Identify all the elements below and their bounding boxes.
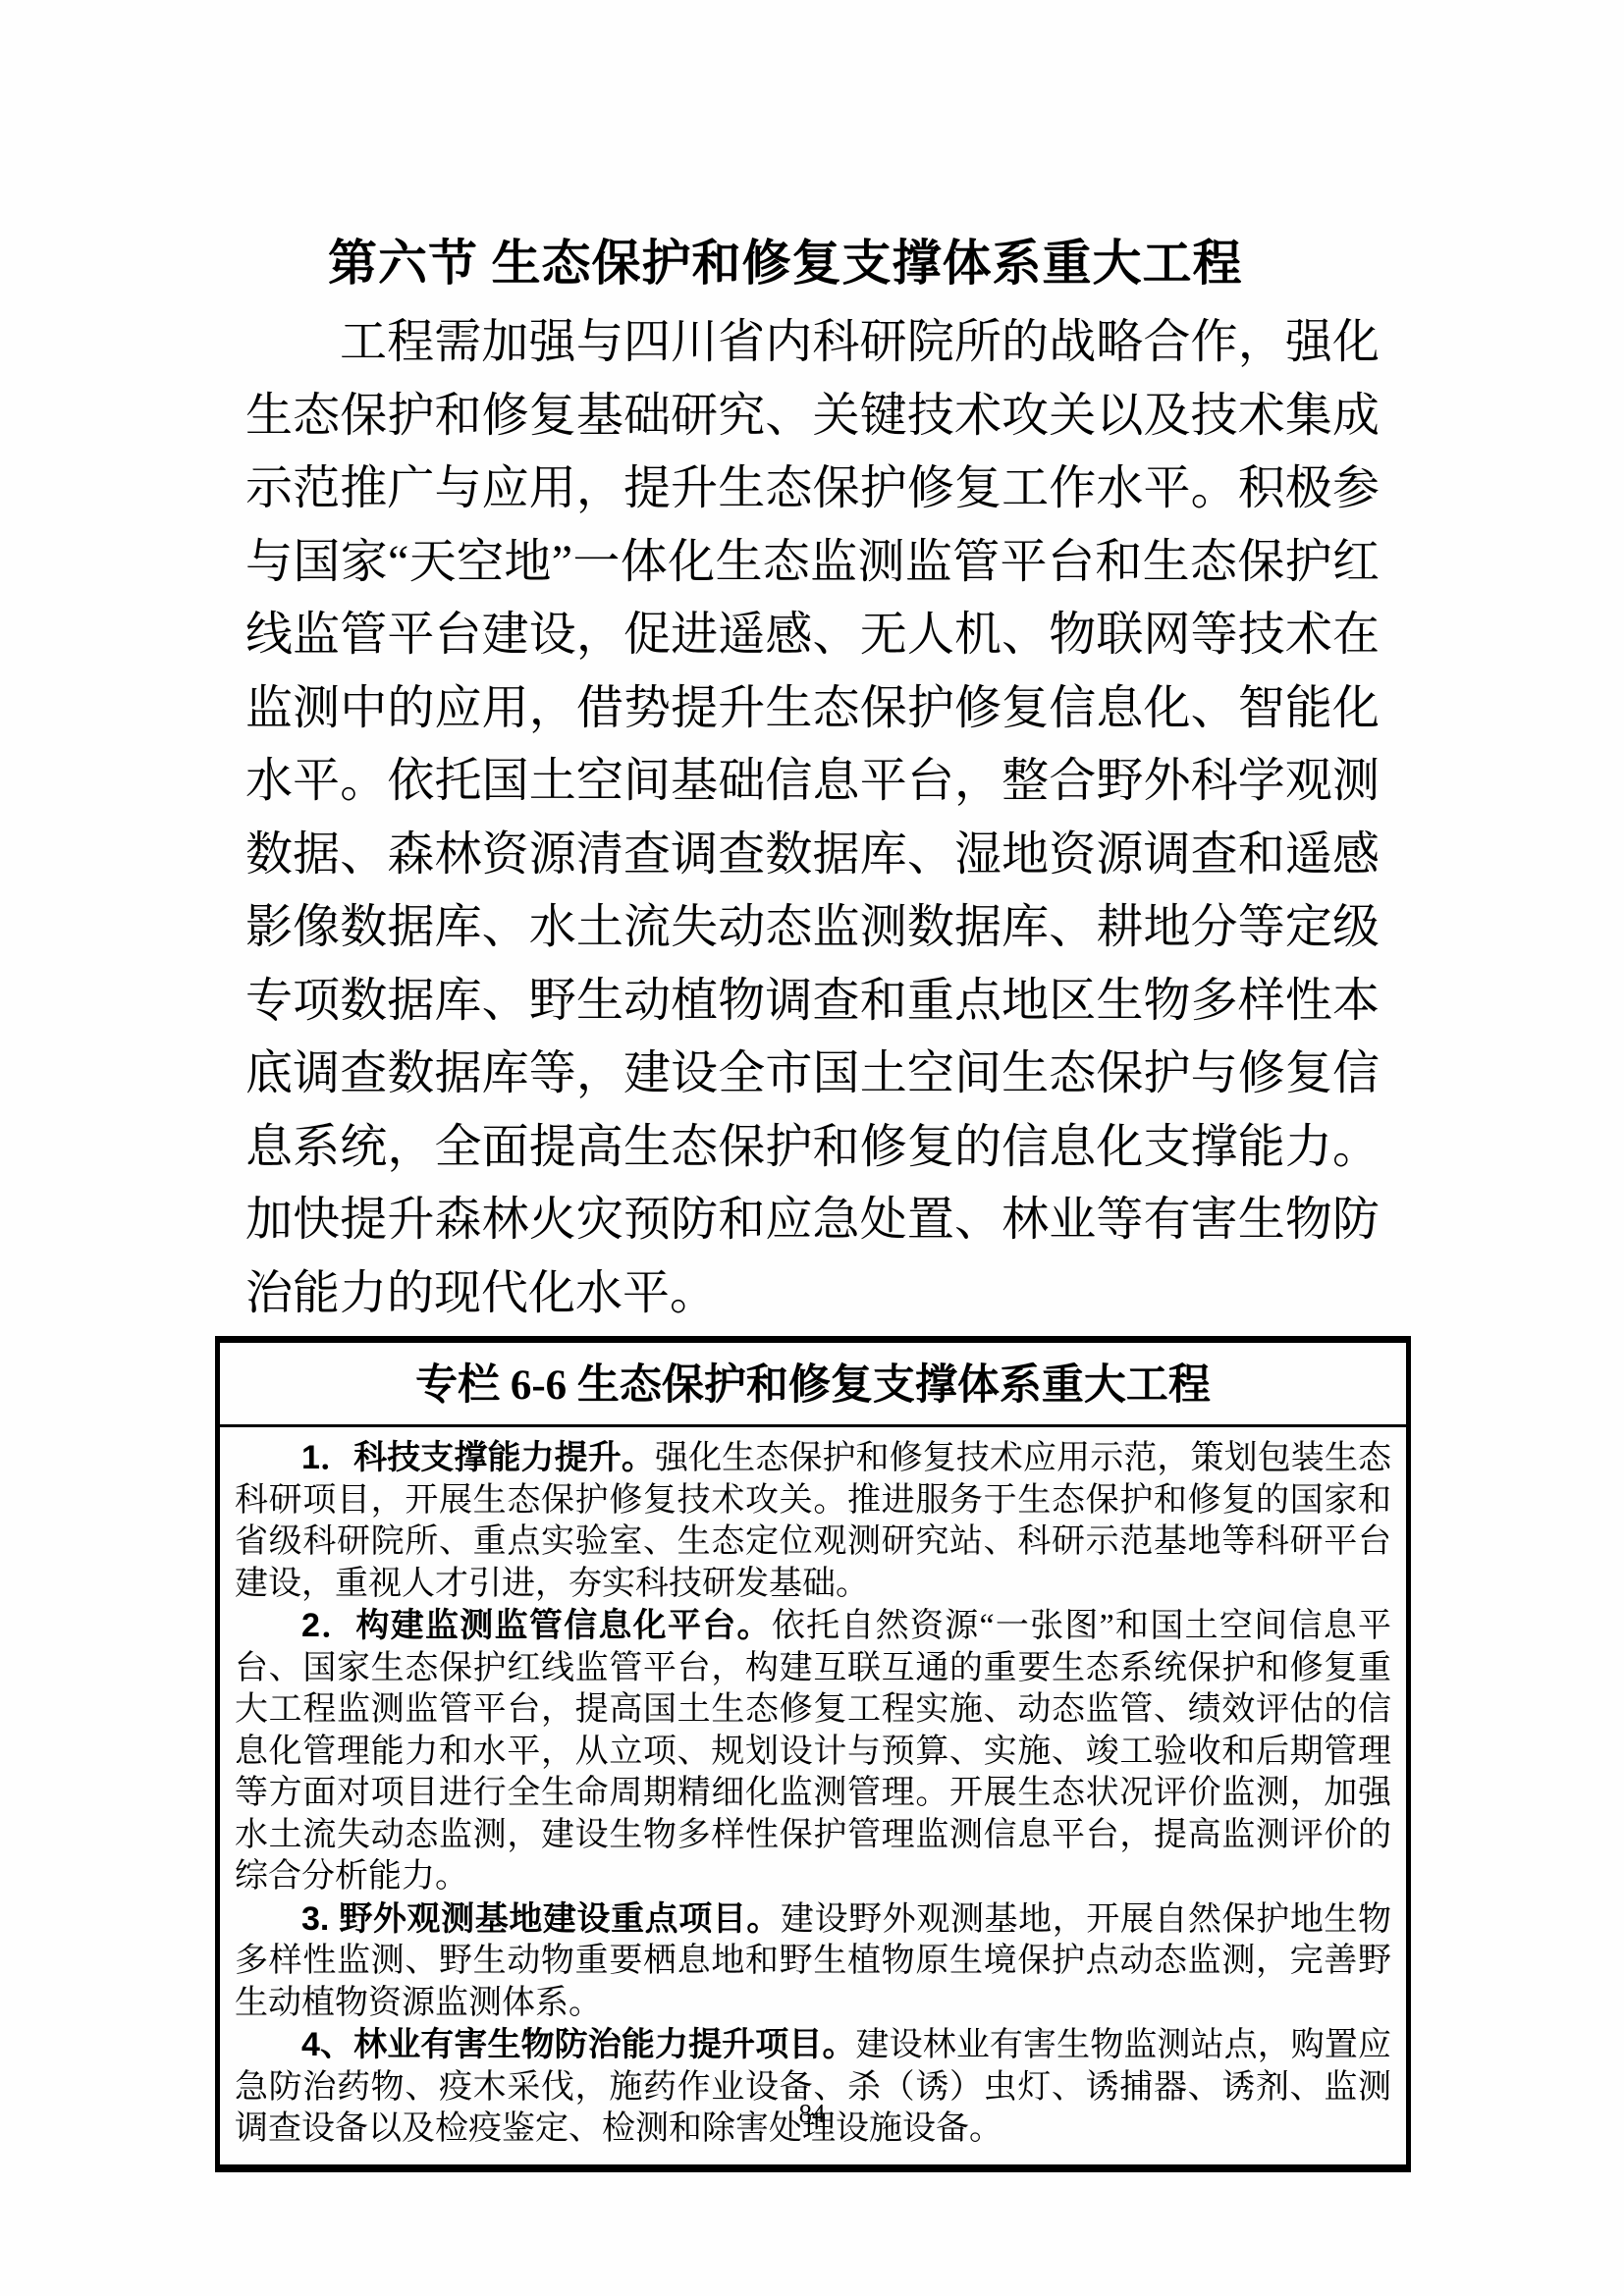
panel-item-1-label: 1．科技支撑能力提升。 xyxy=(301,1439,655,1476)
panel-item-4: 4、林业有害生物防治能力提升项目。建设林业有害生物监测站点，购置应急防治药物、疫… xyxy=(235,2024,1391,2151)
panel-item-2: 2．构建监测监管信息化平台。依托自然资源“一张图”和国土空间信息平台、国家生态保… xyxy=(235,1605,1391,1898)
body-paragraph: 工程需加强与四川省内科研院所的战略合作，强化生态保护和修复基础研究、关键技术攻关… xyxy=(245,306,1380,1330)
panel-item-2-label: 2．构建监测监管信息化平台。 xyxy=(301,1607,772,1644)
page-number: 84 xyxy=(0,2099,1624,2128)
panel-item-3-label: 3. 野外观测基地建设重点项目。 xyxy=(301,1900,781,1938)
highlight-box-body: 1．科技支撑能力提升。强化生态保护和修复技术应用示范，策划包装生态科研项目，开展… xyxy=(220,1427,1406,2164)
highlight-box-title: 专栏 6-6 生态保护和修复支撑体系重大工程 xyxy=(220,1343,1406,1427)
text-column: 第六节 生态保护和修复支撑体系重大工程 工程需加强与四川省内科研院所的战略合作，… xyxy=(245,234,1380,2172)
panel-item-1: 1．科技支撑能力提升。强化生态保护和修复技术应用示范，策划包装生态科研项目，开展… xyxy=(235,1437,1391,1605)
panel-item-2-text: 依托自然资源“一张图”和国土空间信息平台、国家生态保护红线监管平台，构建互联互通… xyxy=(235,1608,1391,1895)
panel-item-4-label: 4、林业有害生物防治能力提升项目。 xyxy=(301,2026,856,2063)
highlight-box: 专栏 6-6 生态保护和修复支撑体系重大工程 1．科技支撑能力提升。强化生态保护… xyxy=(215,1336,1411,2172)
panel-item-3: 3. 野外观测基地建设重点项目。建设野外观测基地，开展自然保护地生物多样性监测、… xyxy=(235,1898,1391,2025)
section-heading: 第六节 生态保护和修复支撑体系重大工程 xyxy=(328,234,1380,293)
document-page: 第六节 生态保护和修复支撑体系重大工程 工程需加强与四川省内科研院所的战略合作，… xyxy=(0,0,1624,2296)
